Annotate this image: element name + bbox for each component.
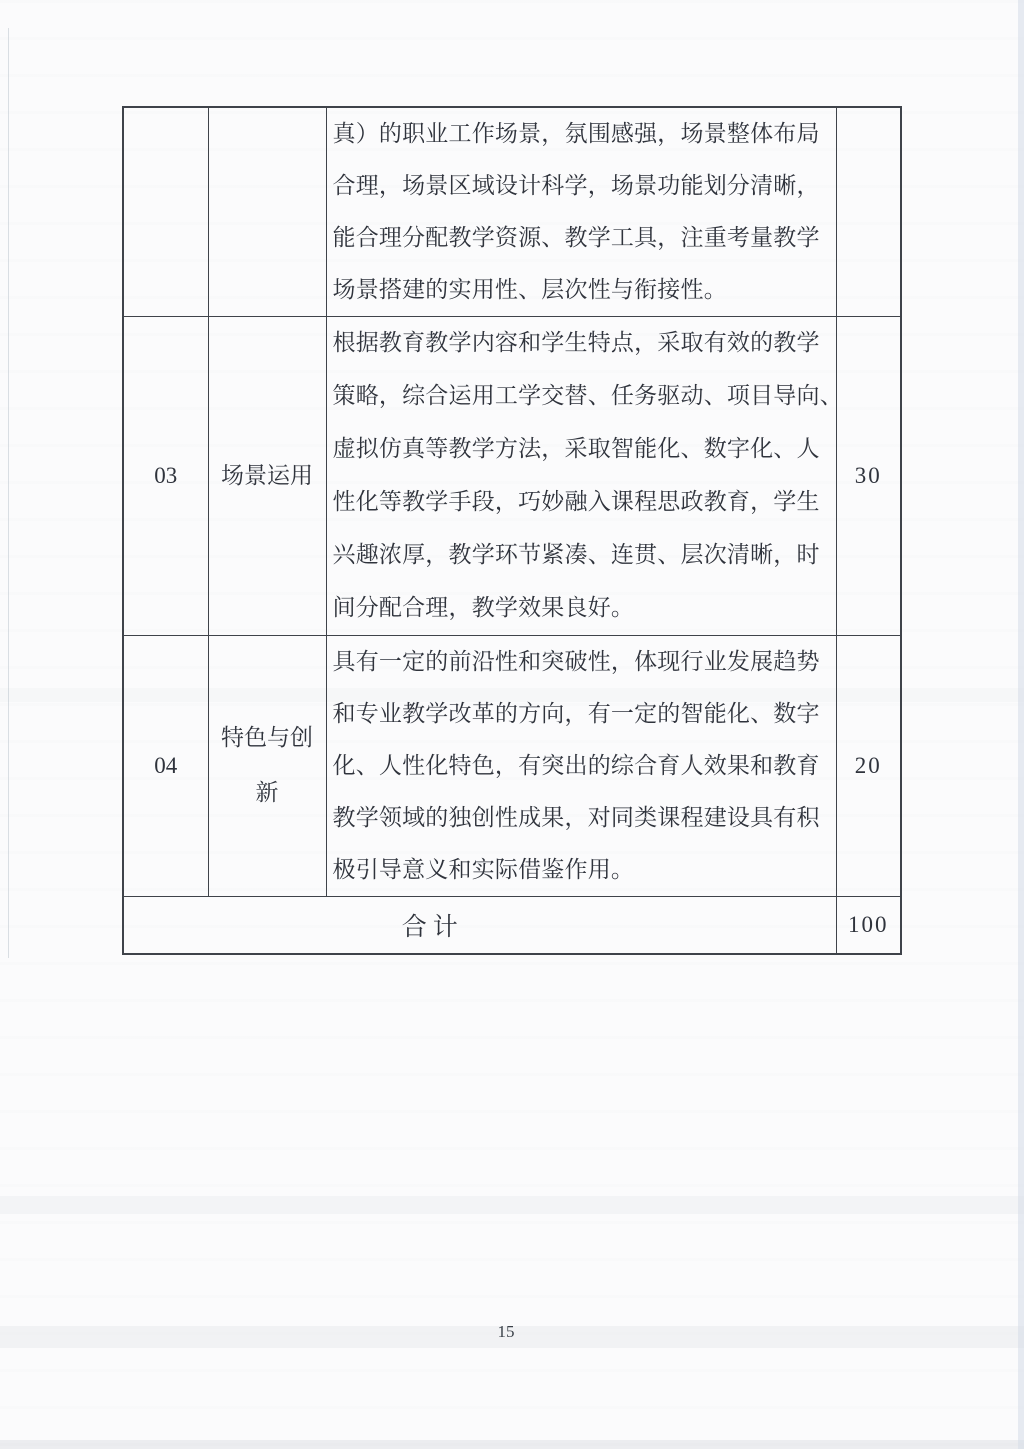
description-cell: 根据教育教学内容和学生特点，采取有效的教学 策略，综合运用工学交替、任务驱动、项… — [326, 317, 836, 636]
total-score-cell: 100 — [836, 897, 901, 954]
score-text: 30 — [855, 463, 882, 488]
score-cell: 30 — [836, 317, 901, 636]
code-cell: 03 — [123, 317, 208, 636]
description-line: 合理，场景区域设计科学，场景功能划分清晰， — [333, 160, 832, 212]
description-line: 真）的职业工作场景，氛围感强，场景整体布局 — [333, 108, 832, 160]
description-cell: 真）的职业工作场景，氛围感强，场景整体布局 合理，场景区域设计科学，场景功能划分… — [326, 107, 836, 317]
category-line: 新 — [256, 766, 279, 821]
code-cell: 04 — [123, 636, 208, 897]
description-line: 兴趣浓厚，教学环节紧凑、连贯、层次清晰，时 — [333, 529, 832, 582]
description-line: 间分配合理，教学效果良好。 — [333, 582, 832, 635]
description-line: 根据教育教学内容和学生特点，采取有效的教学 — [333, 317, 832, 370]
category-line: 特色与创 — [221, 711, 313, 766]
description-line: 策略，综合运用工学交替、任务驱动、项目导向、 — [333, 370, 832, 423]
category-cell: 特色与创 新 — [208, 636, 326, 897]
description-line: 性化等教学手段，巧妙融入课程思政教育，学生 — [333, 476, 832, 529]
page-number: 15 — [0, 1322, 1024, 1342]
description-line: 和专业教学改革的方向，有一定的智能化、数字 — [333, 688, 832, 740]
description-line: 场景搭建的实用性、层次性与衔接性。 — [333, 264, 832, 316]
table-total-row: 合计 100 — [123, 897, 901, 954]
table-row-03: 03 场景运用 根据教育教学内容和学生特点，采取有效的教学 策略，综合运用工学交… — [123, 317, 901, 636]
score-text: 20 — [855, 753, 882, 778]
score-cell — [836, 107, 901, 317]
table-row-04: 04 特色与创 新 具有一定的前沿性和突破性，体现行业发展趋势 和专业教学改革的… — [123, 636, 901, 897]
table-row-continuation: 真）的职业工作场景，氛围感强，场景整体布局 合理，场景区域设计科学，场景功能划分… — [123, 107, 901, 317]
evaluation-criteria-table: 真）的职业工作场景，氛围感强，场景整体布局 合理，场景区域设计科学，场景功能划分… — [122, 106, 902, 955]
total-label-cell: 合计 — [123, 897, 836, 954]
description-line: 极引导意义和实际借鉴作用。 — [333, 844, 832, 896]
total-label: 合计 — [402, 907, 464, 943]
scan-artifact-band — [0, 1440, 1024, 1449]
category-cell — [208, 107, 326, 317]
scan-artifact-band — [0, 1196, 1024, 1214]
scan-edge-strip — [1018, 0, 1024, 1449]
description-line: 能合理分配教学资源、教学工具，注重考量教学 — [333, 212, 832, 264]
code-text: 04 — [154, 753, 177, 778]
category-line: 场景运用 — [221, 449, 313, 504]
description-line: 具有一定的前沿性和突破性，体现行业发展趋势 — [333, 636, 832, 688]
page-edge-line — [8, 28, 9, 958]
description-line: 化、人性化特色，有突出的综合育人效果和教育 — [333, 740, 832, 792]
description-line: 虚拟仿真等教学方法，采取智能化、数字化、人 — [333, 423, 832, 476]
total-score-text: 100 — [848, 912, 889, 937]
score-cell: 20 — [836, 636, 901, 897]
category-cell: 场景运用 — [208, 317, 326, 636]
description-line: 教学领域的独创性成果，对同类课程建设具有积 — [333, 792, 832, 844]
code-text: 03 — [154, 463, 177, 488]
description-cell: 具有一定的前沿性和突破性，体现行业发展趋势 和专业教学改革的方向，有一定的智能化… — [326, 636, 836, 897]
code-cell — [123, 107, 208, 317]
